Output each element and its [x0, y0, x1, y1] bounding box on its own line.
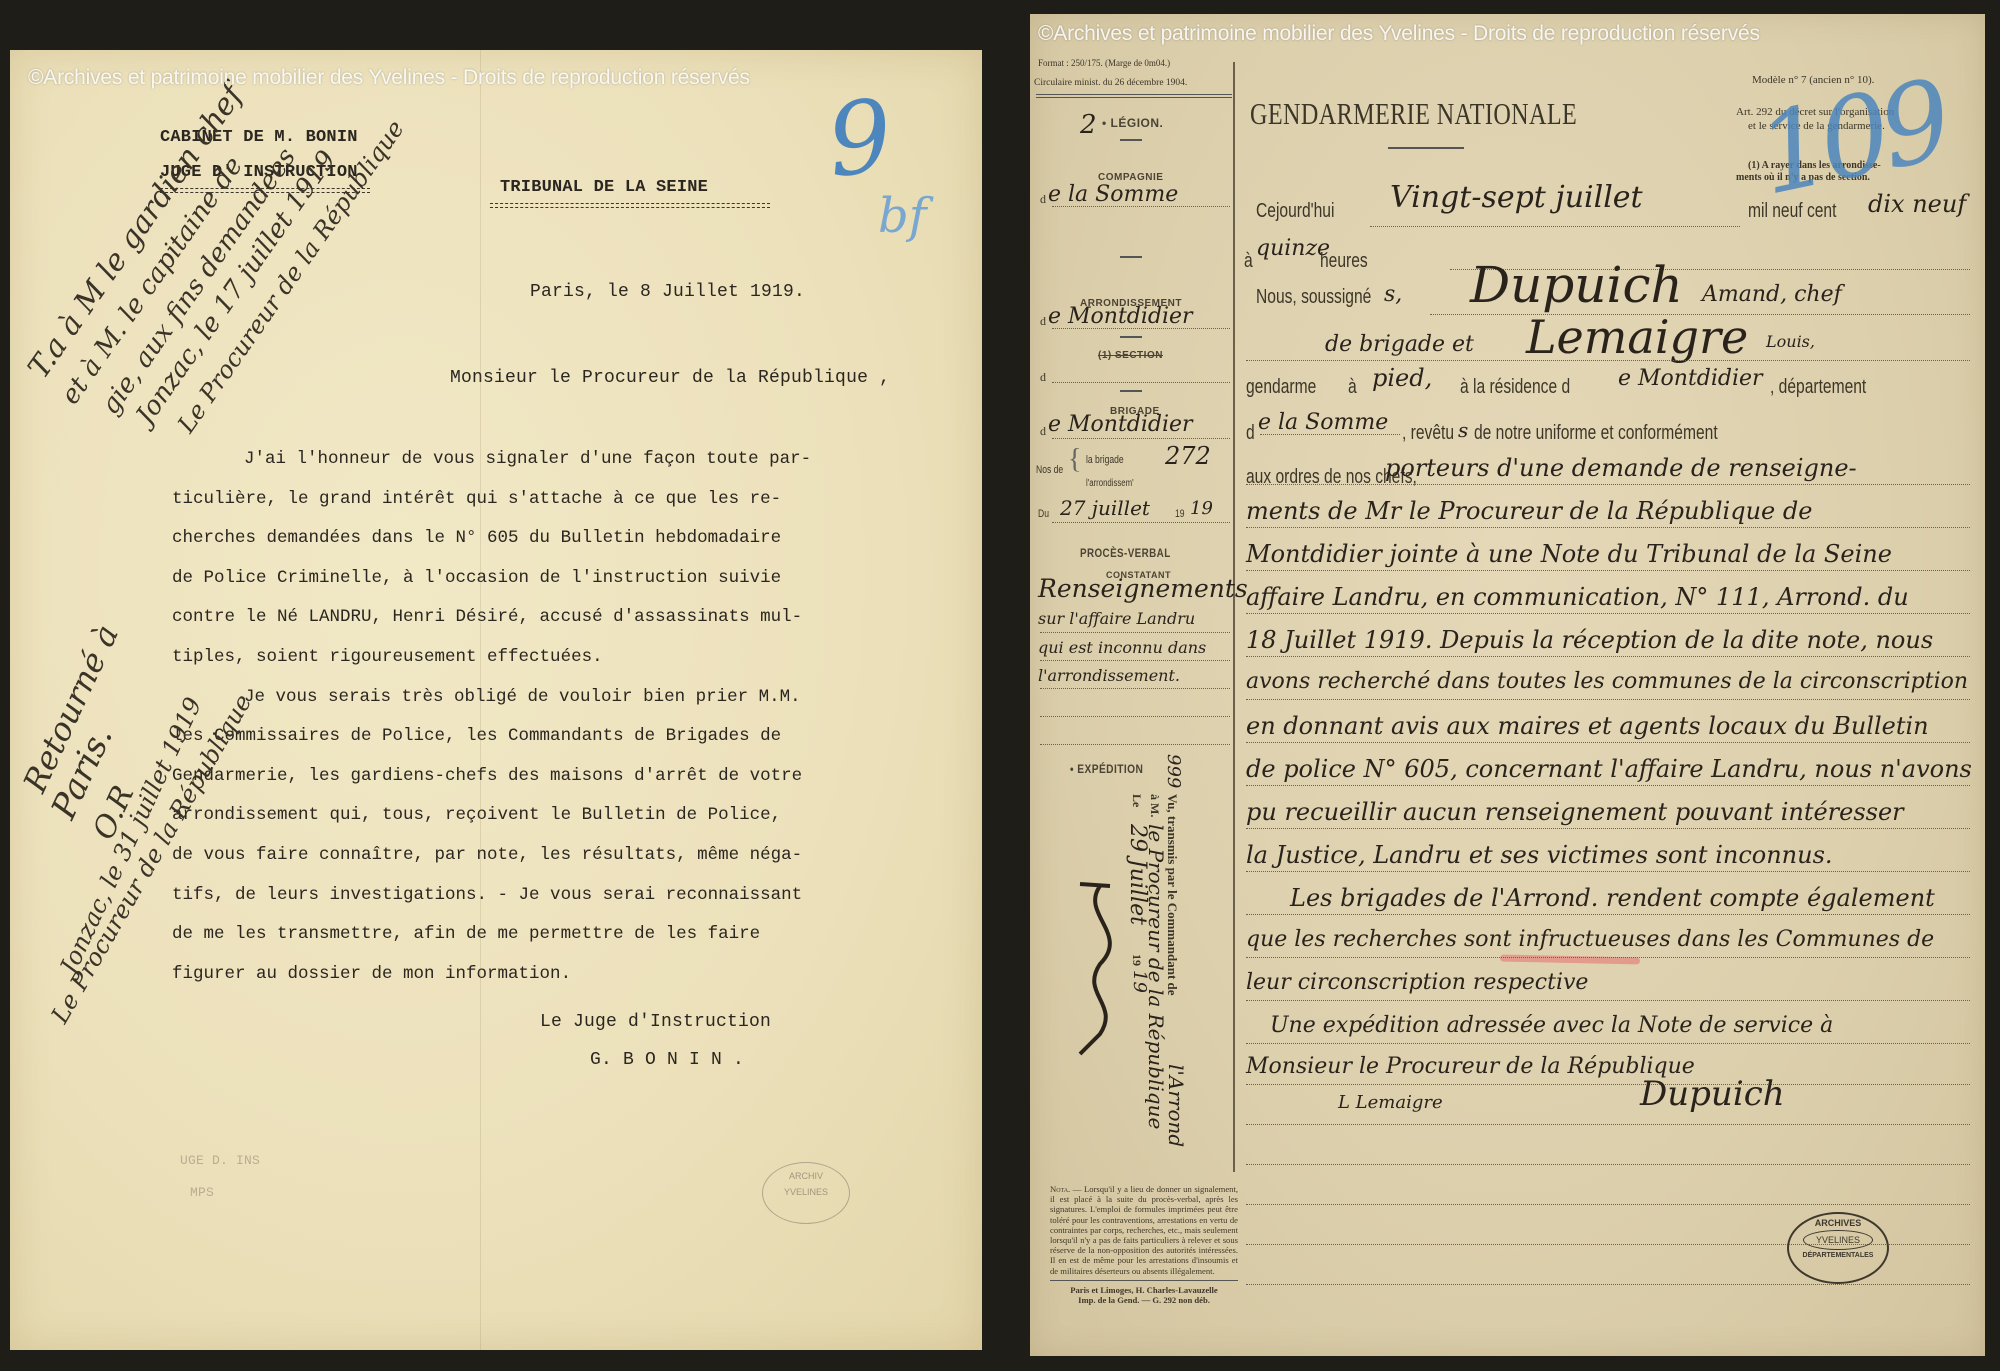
field-line	[1040, 660, 1230, 661]
watermark-right: ©Archives et patrimoine mobilier des Yve…	[1038, 22, 1760, 46]
gendarme-label: gendarme	[1246, 376, 1316, 399]
stamp-text: YVELINES	[763, 1187, 849, 1197]
body-line: de vous faire connaître, par note, les r…	[172, 836, 952, 876]
pv-label: PROCÈS-VERBAL	[1080, 546, 1171, 560]
circulaire-line: Circulaire minist. du 26 décembre 1904.	[1034, 78, 1187, 88]
field-line	[1052, 382, 1230, 383]
field-line	[1052, 328, 1230, 329]
cejourdhui-value: Vingt-sept juillet	[1390, 180, 1643, 215]
gendarme-a: à	[1348, 376, 1357, 399]
watermark-left: ©Archives et patrimoine mobilier des Yve…	[28, 66, 750, 90]
field-line	[1246, 957, 1970, 958]
imprint-2: Imp. de la Gend. — G. 292 non déb.	[1050, 1295, 1238, 1305]
vertical-printed-3: Le	[1129, 794, 1144, 807]
blue-annotation-initials: bf	[878, 188, 927, 244]
body-line: ticulière, le grand intérêt qui s'attach…	[172, 480, 952, 520]
vertical-printed-2: à M.	[1147, 794, 1162, 817]
heures-label: heures	[1320, 250, 1368, 273]
arrondissement-value: e Montdidier	[1048, 304, 1193, 329]
letter-document: CABINET DE M. BONIN JUGE D' INSTRUCTION …	[10, 50, 982, 1350]
body-line: contre le Né LANDRU, Henri Désiré, accus…	[172, 598, 952, 638]
nous-suffix: s,	[1384, 282, 1402, 307]
field-line	[1246, 871, 1970, 872]
brace: {	[1068, 444, 1081, 476]
stamp-bottom-text: DÉPARTEMENTALES	[1789, 1252, 1887, 1259]
field-line	[1246, 1084, 1970, 1085]
legion-label: • LÉGION.	[1102, 116, 1163, 130]
signature-name: G. B O N I N .	[590, 1050, 744, 1070]
constatant-value-4: l'arrondissement.	[1038, 666, 1180, 685]
legion-number: 2	[1080, 110, 1097, 140]
section-prefix: d	[1040, 370, 1046, 385]
hw-line: Une expédition adressée avec la Note de …	[1270, 1013, 1833, 1038]
field-line	[1370, 226, 1740, 227]
field-line	[1246, 1124, 1970, 1125]
separator	[1120, 336, 1142, 338]
imprint-1: Paris et Limoges, H. Charles-Lavauzelle	[1050, 1280, 1238, 1295]
constatant-value-1: Renseignements	[1038, 574, 1248, 603]
body-line: Je vous serais très obligé de vouloir bi…	[172, 678, 952, 718]
revetus-suffix: s	[1458, 418, 1468, 442]
separator	[1120, 390, 1142, 392]
field-line	[1246, 656, 1970, 657]
nous-label: Nous, soussigné	[1256, 286, 1371, 309]
letter-salutation: Monsieur le Procureur de la République ,	[450, 368, 890, 388]
hw-line: pu recueillir aucun renseignement pouvan…	[1246, 798, 1904, 826]
field-line	[1246, 828, 1970, 829]
dept-value: e la Somme	[1258, 410, 1388, 435]
gendarme-value: pied,	[1372, 364, 1432, 392]
hw-line: ments de Mr le Procureur de la Républiqu…	[1246, 497, 1812, 525]
hw-line: 18 Juillet 1919. Depuis la réception de …	[1246, 626, 1933, 654]
body-line: de Police Criminelle, à l'occasion de l'…	[172, 559, 952, 599]
blue-annotation-number: 9	[822, 77, 898, 200]
field-line	[1246, 484, 1970, 485]
field-line	[1246, 1284, 1970, 1285]
body-line: arrondissement qui, tous, reçoivent le B…	[172, 796, 952, 836]
heures-value: quinze	[1256, 236, 1330, 261]
field-line	[1052, 438, 1230, 439]
separator	[1120, 256, 1142, 258]
hw-line: porteurs d'une demande de renseigne-	[1385, 454, 1857, 482]
du-year-value: 19	[1190, 498, 1213, 519]
heures-prefix: à	[1244, 250, 1253, 273]
brigade-value: e Montdidier	[1048, 412, 1193, 437]
archive-stamp-faint: ARCHIV YVELINES	[762, 1162, 850, 1224]
signature-title: Le Juge d'Instruction	[540, 1012, 771, 1032]
name-2: Lemaigre	[1526, 310, 1748, 364]
body-line: tiples, soient rigoureusement effectuées…	[172, 638, 952, 678]
letter-date: Paris, le 8 Juillet 1919.	[530, 282, 805, 302]
larrondissement-label: l'arrondissem'	[1086, 478, 1134, 489]
field-line	[1246, 613, 1970, 614]
top-rule	[1036, 94, 1232, 98]
hw-line: la Justice, Landru et ses victimes sont …	[1246, 841, 1833, 869]
column-divider	[1233, 62, 1235, 1172]
stamp-text: ARCHIV	[763, 1171, 849, 1181]
stamp-middle-text: YVELINES	[1803, 1230, 1873, 1250]
residence-value: e Montdidier	[1618, 366, 1763, 391]
faint-stamp-line-1: UGE D. INS	[180, 1153, 260, 1168]
body-line: Gendarmerie, les gardiens-chefs des mais…	[172, 757, 952, 797]
separator	[1120, 139, 1142, 141]
hw-line: leur circonscription respective	[1246, 970, 1588, 995]
line-2-a: de brigade et	[1325, 332, 1474, 357]
hw-line: en donnant avis aux maires et agents loc…	[1246, 712, 1929, 740]
letter-body: J'ai l'honneur de vous signaler d'une fa…	[172, 440, 952, 994]
name-1-rest: Amand, chef	[1702, 282, 1842, 307]
field-line	[1260, 434, 1400, 435]
field-line	[1246, 699, 1970, 700]
du-value: 27 juillet	[1060, 496, 1150, 520]
revetus-label: , revêtu	[1402, 422, 1454, 445]
body-line: tifs, de leurs investigations. - Je vous…	[172, 876, 952, 916]
body-line: les Commissaires de Police, les Commanda…	[172, 717, 952, 757]
compagnie-prefix: d	[1040, 192, 1046, 207]
residence-label: à la résidence d	[1460, 376, 1570, 399]
body-line: figurer au dossier de mon information.	[172, 955, 952, 995]
name-2-rest: Louis,	[1766, 332, 1815, 351]
field-line	[1246, 914, 1970, 915]
hw-line: de police N° 605, concernant l'affaire L…	[1246, 755, 1972, 783]
signature-right: Dupuich	[1640, 1074, 1785, 1114]
la-brigade-value: 272	[1165, 442, 1211, 470]
field-line	[1246, 785, 1970, 786]
hw-line: que les recherches sont infructueuses da…	[1246, 927, 1934, 952]
cejourdhui-label: Cejourd'hui	[1256, 200, 1334, 223]
title-rule	[1388, 147, 1464, 149]
hw-line: avons recherché dans toutes les communes…	[1246, 669, 1968, 694]
nota-text: — Lorsqu'il y a lieu de donner un signal…	[1050, 1184, 1238, 1276]
field-line	[1052, 206, 1230, 207]
faint-stamp-line-2: MPS	[190, 1185, 214, 1200]
body-line: J'ai l'honneur de vous signaler d'une fa…	[172, 440, 952, 480]
header-rule-right	[490, 203, 770, 208]
format-line: Format : 250/175. (Marge de 0m04.)	[1038, 58, 1170, 68]
field-line	[1246, 1204, 1970, 1205]
archives-stamp: ARCHIVES YVELINES DÉPARTEMENTALES	[1787, 1212, 1889, 1284]
dept-prefix: d	[1246, 422, 1255, 445]
field-line	[1246, 527, 1970, 528]
constatant-value-3: qui est inconnu dans	[1038, 638, 1206, 657]
field-line	[1246, 742, 1970, 743]
commandant-signature	[1070, 874, 1130, 1054]
field-line	[1040, 716, 1230, 717]
arrondissement-prefix: d	[1040, 314, 1046, 329]
field-line	[1246, 1043, 1970, 1044]
form-title: GENDARMERIE NATIONALE	[1250, 96, 1577, 132]
field-line	[1246, 1000, 1970, 1001]
body-line: de me les transmettre, afin de me permet…	[172, 915, 952, 955]
field-line	[1246, 1164, 1970, 1165]
section-label: (1) SECTION	[1098, 350, 1163, 361]
name-1: Dupuich	[1470, 256, 1683, 314]
constatant-value-2: sur l'affaire Landru	[1038, 609, 1195, 628]
body-line: cherches demandées dans le N° 605 du Bul…	[172, 519, 952, 559]
field-line	[1040, 744, 1230, 745]
field-line	[1246, 360, 1970, 361]
vertical-number: 999	[1163, 754, 1184, 788]
compagnie-value: e la Somme	[1048, 182, 1178, 207]
no-de-label: Nos de	[1036, 464, 1063, 476]
departement-label: , département	[1770, 376, 1866, 399]
revetus-rest: de notre uniforme et conformément	[1474, 422, 1718, 445]
field-line	[1040, 632, 1230, 633]
field-line	[1052, 522, 1230, 523]
nota-lead: Nota.	[1050, 1184, 1070, 1194]
header-tribunal: TRIBUNAL DE LA SEINE	[500, 178, 708, 197]
la-brigade-label: la brigade	[1086, 454, 1124, 466]
signature-left: L Lemaigre	[1338, 1092, 1443, 1113]
hw-line: affaire Landru, en communication, N° 111…	[1246, 583, 1909, 611]
du-year-prefix: 19	[1175, 508, 1185, 520]
hw-line: Monsieur le Procureur de la République	[1246, 1054, 1695, 1079]
gendarmerie-form: Format : 250/175. (Marge de 0m04.) Circu…	[1030, 14, 1985, 1356]
brigade-prefix: d	[1040, 424, 1046, 439]
hw-line: Les brigades de l'Arrond. rendent compte…	[1290, 884, 1935, 912]
hw-line: Montdidier jointe à une Note du Tribunal…	[1246, 540, 1892, 568]
du-label: Du	[1038, 508, 1049, 520]
field-line	[1040, 688, 1230, 689]
nota-footnote: Nota. — Lorsqu'il y a lieu de donner un …	[1050, 1184, 1238, 1305]
stamp-top-text: ARCHIVES	[1789, 1218, 1887, 1228]
field-line	[1246, 570, 1970, 571]
